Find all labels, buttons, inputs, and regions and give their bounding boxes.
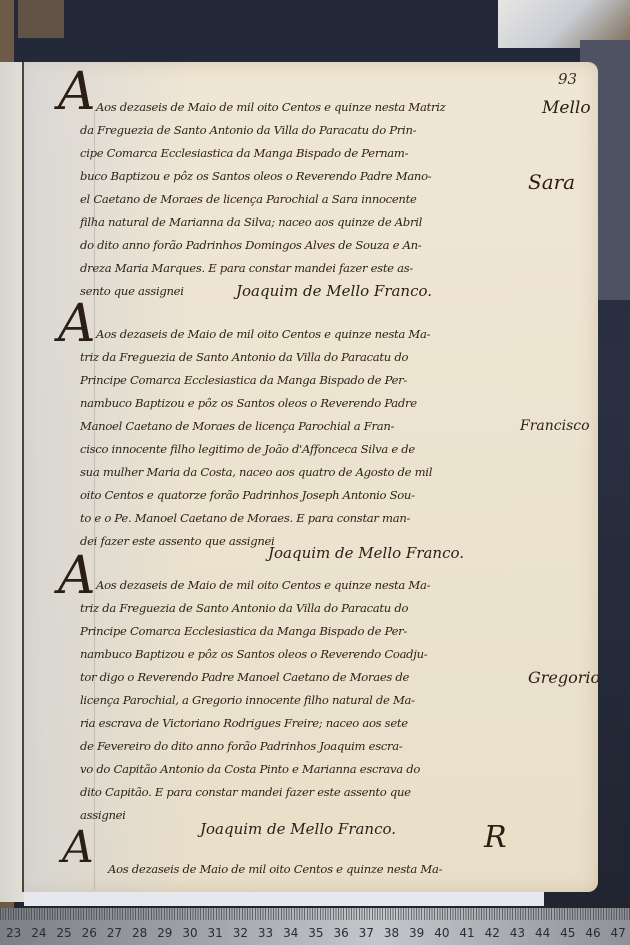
page-number: 93 [558, 70, 577, 88]
entry-line: nambuco Baptizou e pôz os Santos oleos o… [80, 647, 480, 661]
signature: Joaquim de Mello Franco. [236, 282, 432, 300]
entry-initial: A [58, 66, 96, 118]
signature: Joaquim de Mello Franco. [268, 544, 464, 562]
ruler-label: 43 [510, 926, 525, 940]
entry-line: nambuco Baptizou e pôz os Santos oleos o… [80, 396, 480, 410]
ruler-label: 47 [611, 926, 626, 940]
ruler-label: 36 [333, 926, 348, 940]
entry-line: oito Centos e quatorze forão Padrinhos J… [80, 488, 480, 502]
entry-line: licença Parochial, a Gregorio innocente … [80, 693, 480, 707]
entry-line: el Caetano de Moraes de licença Parochia… [80, 192, 480, 206]
entry-line: dito Capitão. E para constar mandei faze… [80, 785, 480, 799]
ruler-label: 27 [107, 926, 122, 940]
ruler-label: 32 [233, 926, 248, 940]
entry-line: Aos dezaseis de Maio de mil oito Centos … [96, 327, 496, 341]
ruler-label: 45 [560, 926, 575, 940]
entry-line: Aos dezaseis de Maio de mil oito Centos … [108, 862, 508, 876]
entry-initial: A [58, 298, 96, 350]
paper-strip-under-page [24, 892, 544, 906]
ruler-label: 29 [157, 926, 172, 940]
ruler-label: 26 [82, 926, 97, 940]
entry-line: filha natural de Marianna da Silva; nace… [80, 215, 480, 229]
ruler-ticks [0, 908, 630, 920]
ruler-label: 23 [6, 926, 21, 940]
entry-initial: A [62, 826, 94, 870]
ruler-labels: 23 24 25 26 27 28 29 30 31 32 33 34 35 3… [6, 926, 626, 940]
ruler-label: 30 [182, 926, 197, 940]
ruler-label: 35 [308, 926, 323, 940]
entry-line: tor digo o Reverendo Padre Manoel Caetan… [80, 670, 480, 684]
ruler-label: 42 [485, 926, 500, 940]
ruler-label: 40 [434, 926, 449, 940]
entry-line: buco Baptizou e pôz os Santos oleos o Re… [80, 169, 480, 183]
ruler-label: 46 [585, 926, 600, 940]
ruler-label: 41 [459, 926, 474, 940]
margin-name-gregorio: Gregorio [528, 668, 600, 687]
entry-line: ria escrava de Victoriano Rodrigues Frei… [80, 716, 480, 730]
entry-line: do dito anno forão Padrinhos Domingos Al… [80, 238, 480, 252]
ruler-label: 39 [409, 926, 424, 940]
entry-line: de Fevereiro do dito anno forão Padrinho… [80, 739, 480, 753]
ruler-label: 31 [208, 926, 223, 940]
margin-name-mello: Mello [542, 98, 591, 118]
ruler-label: 24 [31, 926, 46, 940]
entry-line: Aos dezaseis de Maio de mil oito Centos … [96, 578, 496, 592]
entry-line: sua mulher Maria da Costa, naceo aos qua… [80, 465, 480, 479]
ruler-label: 44 [535, 926, 550, 940]
entry-line: cisco innocente filho legitimo de João d… [80, 442, 480, 456]
ruler-label: 37 [359, 926, 374, 940]
margin-name-francisco: Francisco [520, 418, 590, 434]
entry-line: dreza Maria Marques. E para constar mand… [80, 261, 480, 275]
entry-line: cipe Comarca Ecclesiastica da Manga Bisp… [80, 146, 480, 160]
ruler-label: 33 [258, 926, 273, 940]
entry-line: Manoel Caetano de Moraes de licença Paro… [80, 419, 480, 433]
ruler-label: 34 [283, 926, 298, 940]
ruler-label: 25 [56, 926, 71, 940]
entry-line: Principe Comarca Ecclesiastica da Manga … [80, 373, 480, 387]
entry-line: triz da Freguezia de Santo Antonio da Vi… [80, 350, 480, 364]
signature: Joaquim de Mello Franco. [200, 820, 396, 838]
entry-line: Principe Comarca Ecclesiastica da Manga … [80, 624, 480, 638]
measuring-ruler: 23 24 25 26 27 28 29 30 31 32 33 34 35 3… [0, 908, 630, 945]
page-gutter-line [22, 62, 24, 892]
facing-page-edge [0, 62, 24, 902]
entry-line: to e o Pe. Manoel Caetano de Moraes. E p… [80, 511, 480, 525]
entry-line: triz da Freguezia de Santo Antonio da Vi… [80, 601, 480, 615]
ruler-label: 28 [132, 926, 147, 940]
entry-line: da Freguezia de Santo Antonio da Villa d… [80, 123, 480, 137]
entry-line: vo do Capitão Antonio da Costa Pinto e M… [80, 762, 480, 776]
ruler-label: 38 [384, 926, 399, 940]
margin-name-sara: Sara [528, 170, 575, 194]
margin-mark-r: R [484, 820, 507, 855]
entry-initial: A [58, 550, 96, 602]
entry-line: Aos dezaseis de Maio de mil oito Centos … [96, 100, 496, 114]
tape-fragment-left [18, 0, 64, 38]
